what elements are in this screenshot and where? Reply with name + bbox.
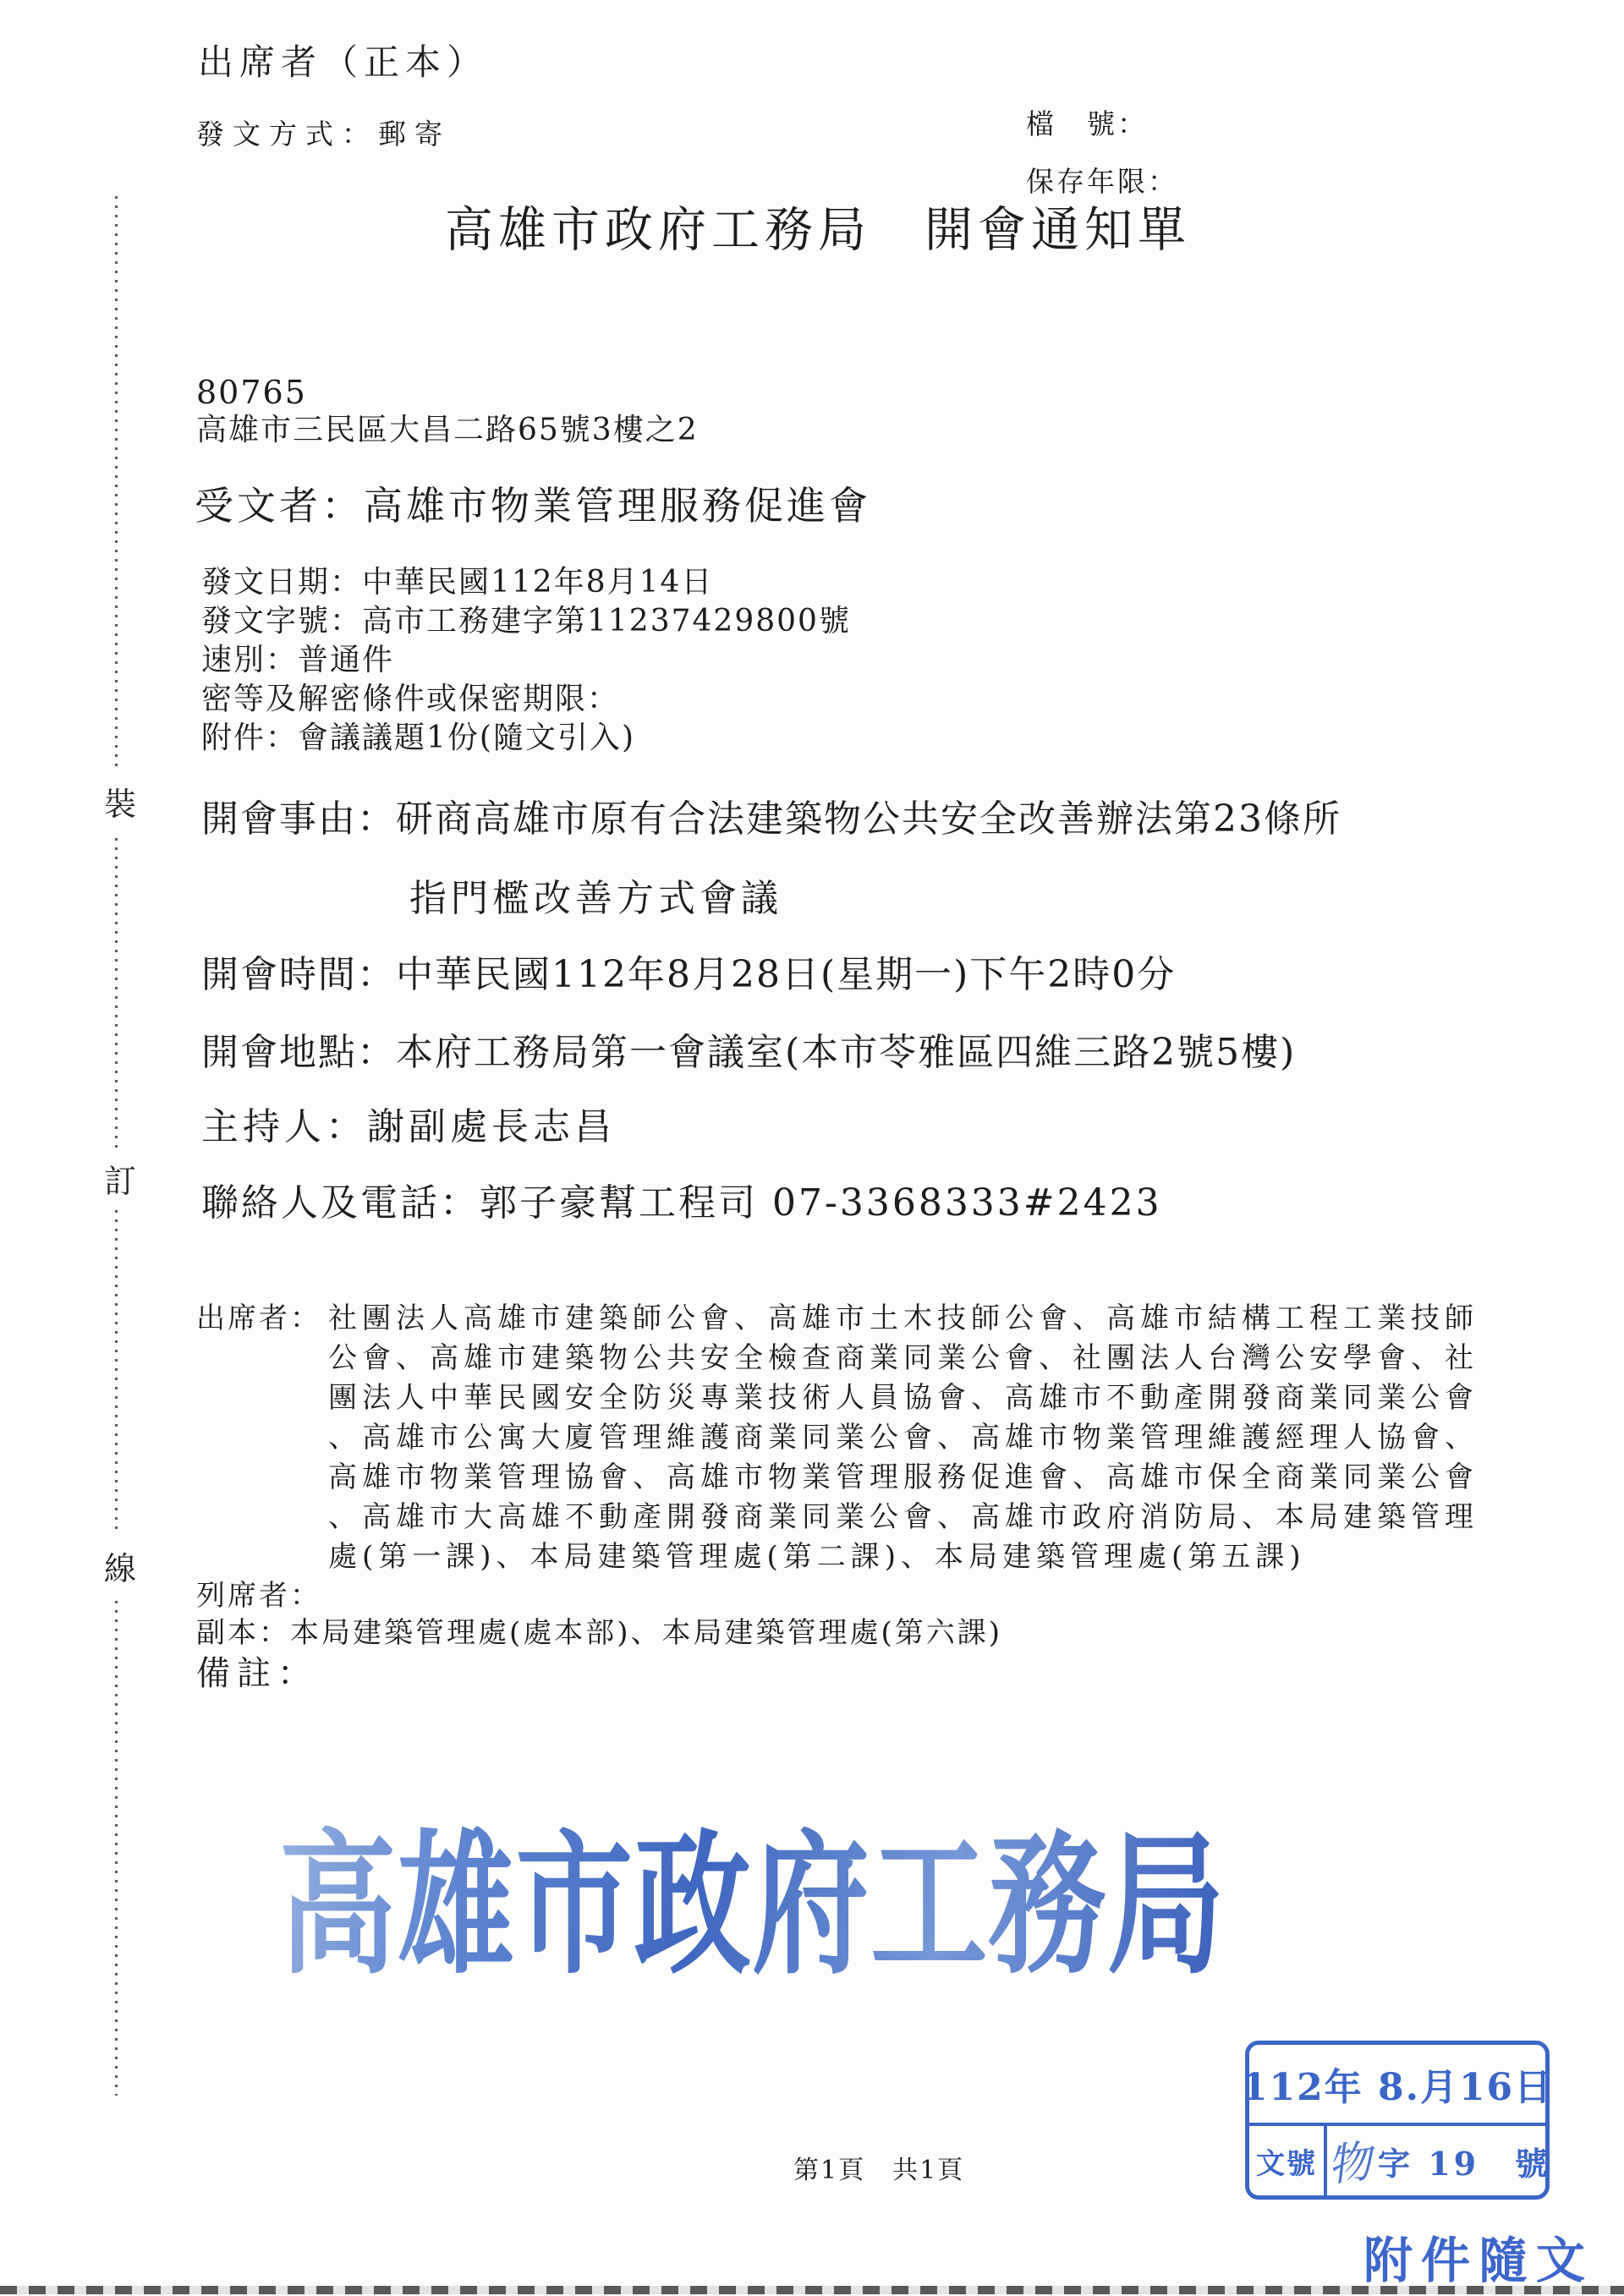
attendees-line-4: 、高雄市公寓大廈管理維護商業同業公會、高雄市物業管理維護經理人協會、 [328, 1422, 1479, 1455]
handwritten-char: 物 [1323, 2124, 1378, 2193]
recipient-line: 受文者：高雄市物業管理服務促進會 [195, 484, 871, 529]
delivery-method: 發文方式：郵寄 [196, 118, 451, 151]
meeting-place: 開會地點：本府工務局第一會議室(本市苓雅區四維三路2號5樓) [201, 1032, 1296, 1075]
document-title: 高雄市政府工務局 開會通知單 [445, 203, 1191, 259]
issue-number-line: 發文字號：高市工務建字第11237429800號 [201, 604, 851, 638]
attendees-line-2: 公會、高雄市建築物公共安全檢查商業同業公會、社團法人台灣公安學會、社 [328, 1342, 1479, 1375]
meeting-subject-line1: 開會事由：研商高雄市原有合法建築物公共安全改善辦法第23條所 [201, 798, 1341, 841]
binding-mark-zhuang: 裝 [98, 771, 142, 831]
doc-number-rest: 字 19 號 [1378, 2138, 1550, 2184]
received-date-stamp: 112年 8.月16日 文號 物字 19 號 [1245, 2041, 1550, 2200]
attachment-line: 附件：會議議題1份(隨文引入) [201, 721, 635, 755]
agency-ink-stamp: 高雄市政府工務局 [279, 1783, 1226, 2003]
file-number-label: 檔 號： [1026, 108, 1148, 140]
attendees-label: 出席者： [196, 1302, 321, 1335]
binding-mark-ding: 訂 [98, 1148, 142, 1208]
attachment-follows-stamp: 附件隨文 [1363, 2221, 1594, 2292]
issue-date-line: 發文日期：中華民國112年8月14日 [201, 565, 713, 600]
binding-dotted-line [115, 196, 118, 2096]
contact-line: 聯絡人及電話：郭子豪幫工程司 07-3368333#2423 [201, 1182, 1162, 1225]
binding-mark-xian: 線 [98, 1536, 142, 1596]
notes-label: 備註： [196, 1654, 318, 1693]
scanned-meeting-notice-document: 裝 訂 線 出席者（正本） 發文方式：郵寄 檔 號： 保存年限： 高雄市政府工務… [0, 0, 1624, 2296]
cc-line: 副本：本局建築管理處(處本部)、本局建築管理處(第六課) [196, 1617, 1002, 1650]
chairperson-line: 主持人：謝副處長志昌 [201, 1106, 616, 1149]
meeting-subject-line2: 指門檻改善方式會議 [409, 878, 782, 921]
attendees-line-7: 處(第一課)、本局建築管理處(第二課)、本局建築管理處(第五課) [328, 1541, 1306, 1574]
scan-edge-artifact [0, 2286, 1624, 2294]
copy-type-label: 出席者（正本） [198, 42, 488, 83]
page-number-footer: 第1頁 共1頁 [793, 2156, 964, 2186]
postal-code: 80765 [196, 375, 307, 412]
observers-label: 列席者： [196, 1580, 321, 1613]
doc-number-label: 文號 [1249, 2126, 1327, 2195]
meeting-time: 開會時間：中華民國112年8月28日(星期一)下午2時0分 [201, 954, 1176, 997]
recipient-address: 高雄市三民區大昌二路65號3樓之2 [196, 413, 699, 447]
doc-number-value: 物字 19 號 [1327, 2126, 1550, 2195]
attendees-line-3: 團法人中華民國安全防災專業技術人員協會、高雄市不動產開發商業同業公會 [328, 1382, 1479, 1415]
attendees-line-5: 高雄市物業管理協會、高雄市物業管理服務促進會、高雄市保全商業同業公會 [328, 1461, 1479, 1494]
retention-period-label: 保存年限： [1026, 166, 1178, 198]
attendees-line-6: 、高雄市大高雄不動產開發商業同業公會、高雄市政府消防局、本局建築管理 [328, 1501, 1479, 1534]
received-date-stamp-bottom-row: 文號 物字 19 號 [1249, 2126, 1545, 2195]
received-date-stamp-date: 112年 8.月16日 [1249, 2045, 1545, 2126]
classification-line: 密等及解密條件或保密期限： [201, 682, 619, 716]
attendees-line-1: 社團法人高雄市建築師公會、高雄市土木技師公會、高雄市結構工程工業技師 [328, 1302, 1479, 1335]
priority-line: 速別：普通件 [201, 643, 394, 677]
